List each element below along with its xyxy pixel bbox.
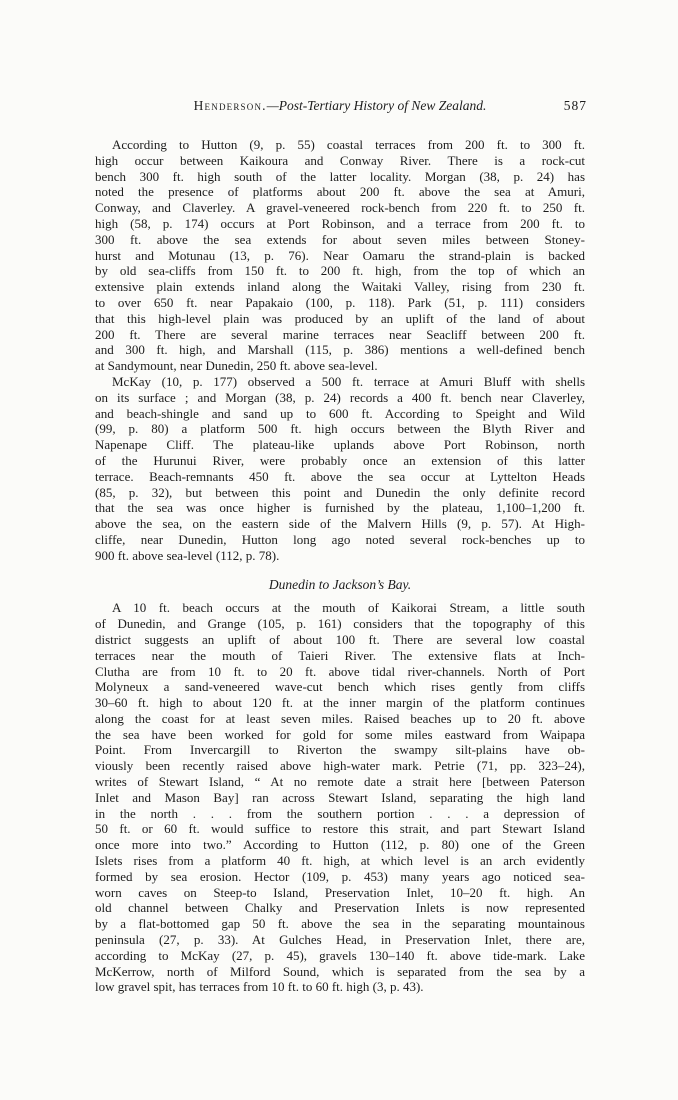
text-line: extensive plain extends inland along the… xyxy=(95,279,585,295)
text-line: Islets rises from a platform 40 ft. high… xyxy=(95,853,585,869)
text-line: bench 300 ft. high south of the latter l… xyxy=(95,169,585,185)
text-line: (99, p. 80) a platform 500 ft. high occu… xyxy=(95,421,585,437)
text-line: 30–60 ft. high to about 120 ft. at the i… xyxy=(95,695,585,711)
text-line: hurst and Motunau (13, p. 76). Near Oama… xyxy=(95,248,585,264)
text-line: once more into two.” According to Hutton… xyxy=(95,837,585,853)
text-line: the sea have been worked for gold for so… xyxy=(95,727,585,743)
document-page: Henderson.—Post-Tertiary History of New … xyxy=(0,0,678,1100)
text-line: old channel between Chalky and Preservat… xyxy=(95,900,585,916)
text-line: that this high-level plain was produced … xyxy=(95,311,585,327)
text-line: of the Hurunui River, were probably once… xyxy=(95,453,585,469)
text-line: McKay (10, p. 177) observed a 500 ft. te… xyxy=(95,374,585,390)
text-line: worn caves on Steep-to Island, Preservat… xyxy=(95,885,585,901)
text-line: Molyneux a sand-veneered wave-cut bench … xyxy=(95,679,585,695)
text-line: cliffe, near Dunedin, Hutton long ago no… xyxy=(95,532,585,548)
text-line: district suggests an uplift of about 100… xyxy=(95,632,585,648)
page-number: 587 xyxy=(564,97,587,114)
page-body: According to Hutton (9, p. 55) coastal t… xyxy=(95,137,585,995)
text-line: viously been recently raised above high-… xyxy=(95,758,585,774)
text-line: high (58, p. 174) occurs at Port Robinso… xyxy=(95,216,585,232)
text-line: (85, p. 32), but between this point and … xyxy=(95,485,585,501)
text-line: by old sea-cliffs from 150 ft. to 200 ft… xyxy=(95,263,585,279)
text-line: low gravel spit, has terraces from 10 ft… xyxy=(95,979,585,995)
text-line: Inlet and Mason Bay] ran across Stewart … xyxy=(95,790,585,806)
text-line: peninsula (27, p. 33). At Gulches Head, … xyxy=(95,932,585,948)
text-line: 200 ft. There are several marine terrace… xyxy=(95,327,585,343)
text-line: along the coast for at least seven miles… xyxy=(95,711,585,727)
text-line: Point. From Invercargill to Riverton the… xyxy=(95,742,585,758)
text-line: 900 ft. above sea-level (112, p. 78). xyxy=(95,548,585,564)
section-heading: Dunedin to Jackson’s Bay. xyxy=(95,577,585,593)
text-line: on its surface ; and Morgan (38, p. 24) … xyxy=(95,390,585,406)
text-line: writes of Stewart Island, “ At no remote… xyxy=(95,774,585,790)
text-line: formed by sea erosion. Hector (109, p. 4… xyxy=(95,869,585,885)
text-line: 300 ft. above the sea extends for about … xyxy=(95,232,585,248)
text-line: and beach-shingle and sand up to 600 ft.… xyxy=(95,406,585,422)
text-line: McKerrow, north of Milford Sound, which … xyxy=(95,964,585,980)
text-line: that the sea was once higher is furnishe… xyxy=(95,500,585,516)
text-line: to over 650 ft. near Papakaio (100, p. 1… xyxy=(95,295,585,311)
text-line: 50 ft. or 60 ft. would suffice to restor… xyxy=(95,821,585,837)
running-head-title: —Post-Tertiary History of New Zealand. xyxy=(267,98,487,113)
text-line: high occur between Kaikoura and Conway R… xyxy=(95,153,585,169)
text-line: Conway, and Claverley. A gravel-veneered… xyxy=(95,200,585,216)
text-line: A 10 ft. beach occurs at the mouth of Ka… xyxy=(95,600,585,616)
running-head: Henderson.—Post-Tertiary History of New … xyxy=(95,97,585,114)
paragraph: According to Hutton (9, p. 55) coastal t… xyxy=(95,137,585,374)
text-line: According to Hutton (9, p. 55) coastal t… xyxy=(95,137,585,153)
text-line: above the sea, on the eastern side of th… xyxy=(95,516,585,532)
paragraph: A 10 ft. beach occurs at the mouth of Ka… xyxy=(95,600,585,995)
running-head-author: Henderson. xyxy=(194,98,267,113)
text-line: by a flat-bottomed gap 50 ft. above the … xyxy=(95,916,585,932)
text-line: of Dunedin, and Grange (105, p. 161) con… xyxy=(95,616,585,632)
text-line: Clutha are from 10 ft. to 20 ft. above t… xyxy=(95,664,585,680)
text-line: terrace. Beach-remnants 450 ft. above th… xyxy=(95,469,585,485)
text-line: noted the presence of platforms about 20… xyxy=(95,184,585,200)
text-line: at Sandymount, near Dunedin, 250 ft. abo… xyxy=(95,358,585,374)
text-line: Napenape Cliff. The plateau-like uplands… xyxy=(95,437,585,453)
paragraph: McKay (10, p. 177) observed a 500 ft. te… xyxy=(95,374,585,564)
text-line: terraces near the mouth of Taieri River.… xyxy=(95,648,585,664)
text-line: in the north . . . from the southern por… xyxy=(95,806,585,822)
text-line: and 300 ft. high, and Marshall (115, p. … xyxy=(95,342,585,358)
text-line: according to McKay (27, p. 45), gravels … xyxy=(95,948,585,964)
